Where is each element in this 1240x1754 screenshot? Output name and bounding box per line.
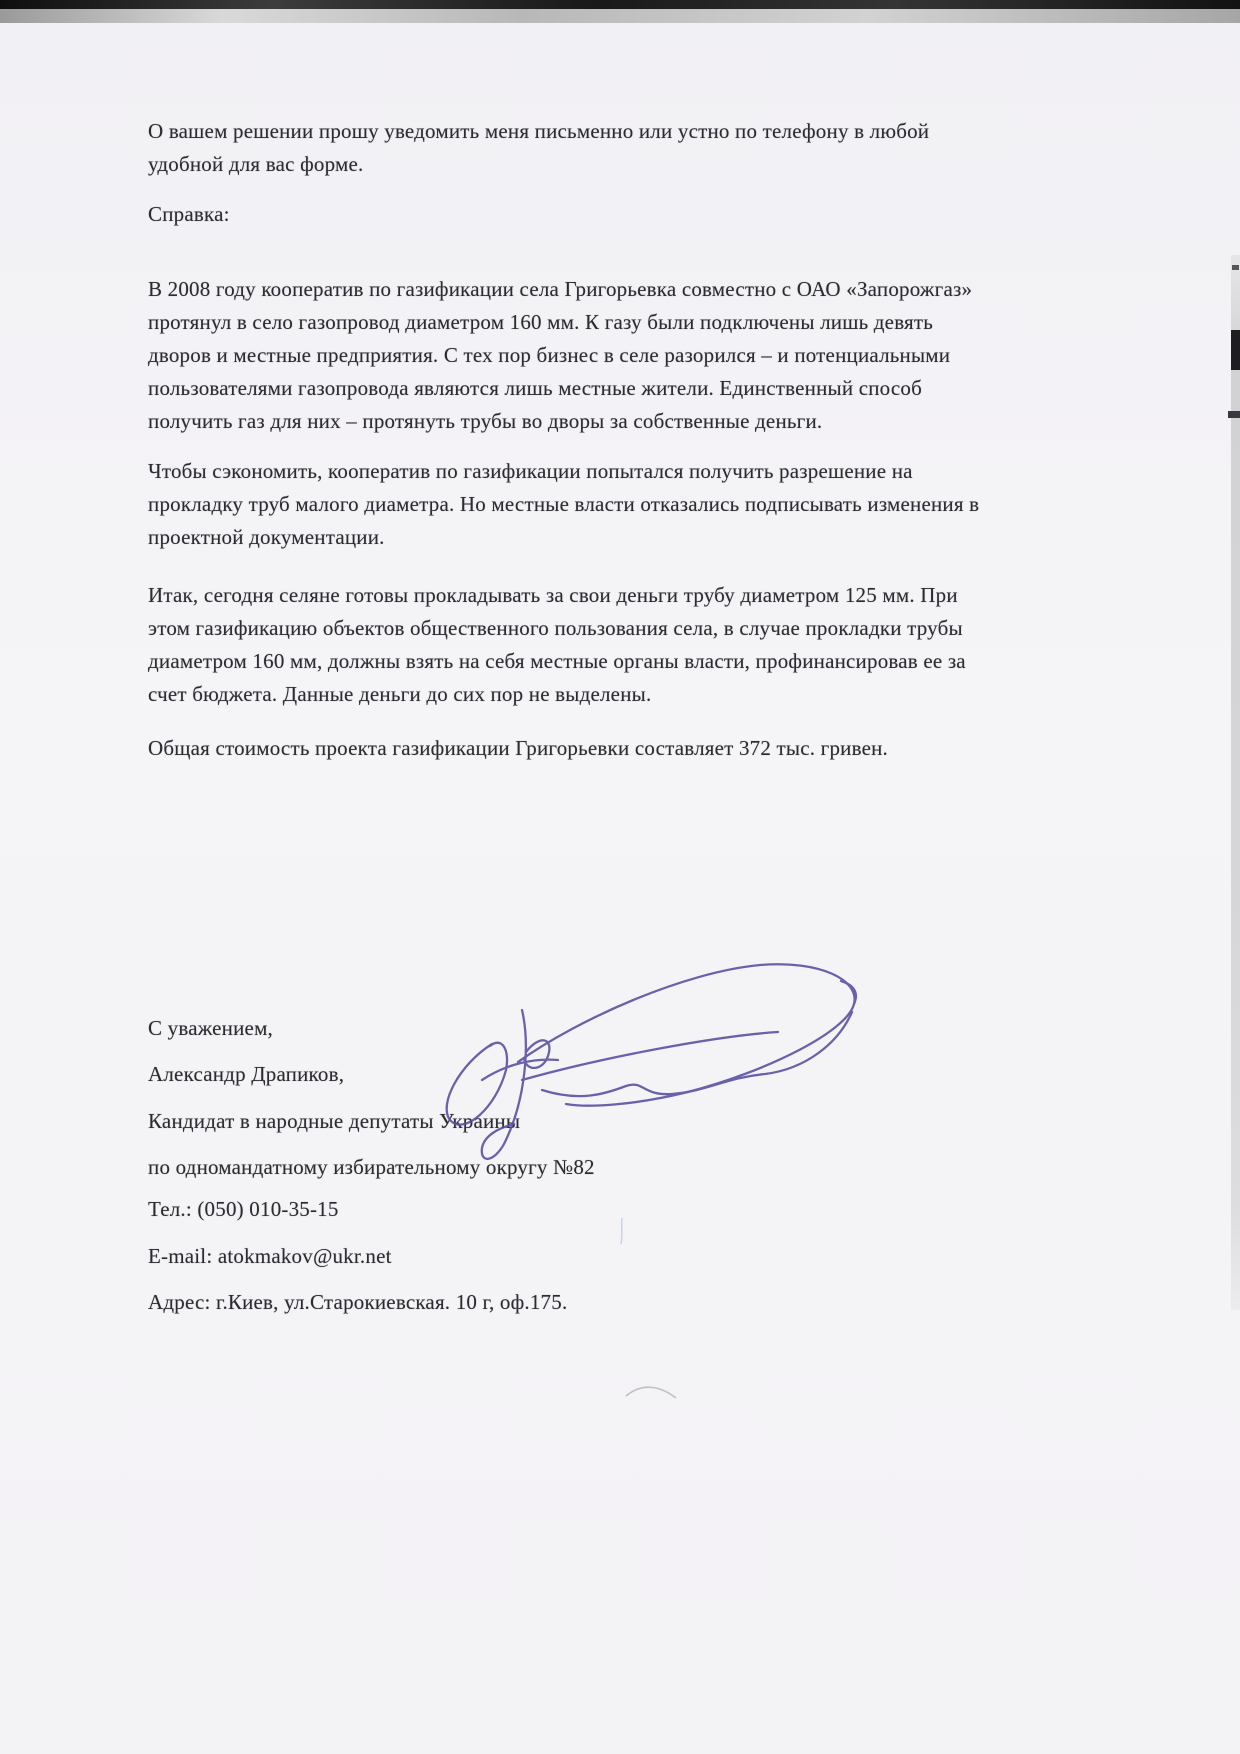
signoff-email: E-mail: atokmakov@ukr.net [148, 1243, 392, 1269]
scan-top-dark-band [0, 0, 1240, 9]
text-line: Справка: [148, 201, 230, 227]
scan-top-gray-band [0, 9, 1240, 23]
signoff-regards: С уважением, [148, 1015, 273, 1041]
text-line: дворов и местные предприятия. С тех пор … [148, 342, 950, 368]
text-line: Общая стоимость проекта газификации Григ… [148, 735, 888, 761]
ink-fleck-stroke [621, 1218, 622, 1244]
text-line: пользователями газопровода являются лишь… [148, 375, 922, 401]
scan-right-edge-mark [1228, 411, 1240, 418]
signoff-address: Адрес: г.Киев, ул.Старокиевская. 10 г, о… [148, 1289, 567, 1315]
text-line: О вашем решении прошу уведомить меня пис… [148, 118, 929, 144]
text-line: удобной для вас форме. [148, 151, 363, 177]
text-line: Итак, сегодня селяне готовы прокладывать… [148, 582, 958, 608]
text-line: счет бюджета. Данные деньги до сих пор н… [148, 681, 651, 707]
text-line: этом газификацию объектов общественного … [148, 615, 963, 641]
pencil-arc-stroke [626, 1387, 676, 1398]
text-line: Чтобы сэкономить, кооператив по газифика… [148, 458, 913, 484]
text-line: В 2008 году кооператив по газификации се… [148, 276, 972, 302]
signoff-phone: Тел.: (050) 010-35-15 [148, 1196, 339, 1222]
scanned-letter-page: О вашем решении прошу уведомить меня пис… [0, 0, 1240, 1754]
ink-fleck [608, 1214, 638, 1250]
pencil-arc-mark [622, 1380, 682, 1406]
scan-right-edge-mark [1232, 265, 1239, 270]
text-line: получить газ для них – протянуть трубы в… [148, 408, 822, 434]
text-line: проектной документации. [148, 524, 385, 550]
signoff-name: Александр Драпиков, [148, 1061, 344, 1087]
scan-right-edge-mark [1231, 330, 1240, 370]
handwritten-signature [430, 952, 880, 1167]
text-line: прокладку труб малого диаметра. Но местн… [148, 491, 979, 517]
signature-ink [447, 964, 856, 1159]
text-line: протянул в село газопровод диаметром 160… [148, 309, 933, 335]
text-line: диаметром 160 мм, должны взять на себя м… [148, 648, 966, 674]
